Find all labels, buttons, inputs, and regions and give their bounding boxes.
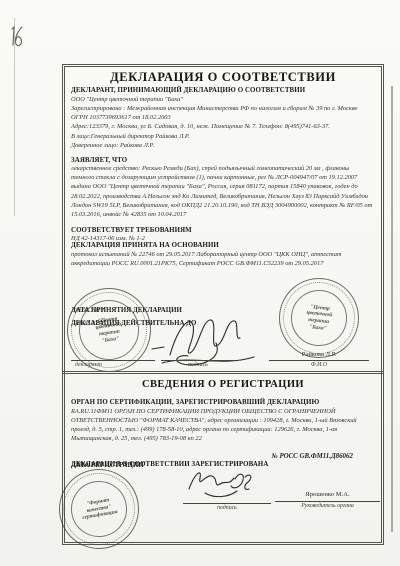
- scanned-declaration-page: { "page": { "corner_mark": "16" }, "doc"…: [0, 0, 400, 566]
- registrar-sign-line: [183, 503, 271, 504]
- registrar-sign-label: подпись: [183, 505, 271, 511]
- document-title: ДЕКЛАРАЦИЯ О СООТВЕТСТВИИ: [65, 70, 381, 85]
- scan-artifact-line: [391, 86, 393, 532]
- handwritten-page-number: [7, 24, 25, 50]
- declarant-address: Адрес:123379, г. Москва, ул Б. Садовая, …: [71, 122, 379, 131]
- registration-number: № РОСС GB.ФМ11.Д86062: [271, 453, 352, 460]
- declarant-sign-label: декларант: [75, 362, 102, 368]
- stamp-text: "Баха": [309, 324, 327, 332]
- authority-head-name: Ярошенко М.А.: [275, 491, 380, 498]
- authority-details: RA.RU.11ФМ11 ОРГАН ПО СЕРТИФИКАЦИИ ПРОДУ…: [71, 407, 367, 443]
- declarant-section-header: ДЕКЛАРАНТ, ПРИНИМАЮЩИЙ ДЕКЛАРАЦИЮ О СООТ…: [71, 87, 305, 94]
- declares-header: ЗАЯВЛЯЕТ, ЧТО: [71, 157, 127, 164]
- registrar-signature: [185, 465, 260, 503]
- declarant-represented-by: В лице:Генеральный директор Райкова Л.Р.: [71, 132, 379, 141]
- authority-head-line: [275, 501, 380, 502]
- declarant-sign-line: [71, 360, 155, 361]
- section-divider: [62, 371, 384, 374]
- document-frame: ДЕКЛАРАЦИЯ О СООТВЕТСТВИИ ДЕКЛАРАНТ, ПРИ…: [62, 64, 384, 545]
- name-line: [269, 360, 369, 361]
- basis-header: ДЕКЛАРАЦИЯ ПРИНЯТА НА ОСНОВАНИИ: [71, 242, 219, 249]
- basis-text: протокол испытаний № 22746 от 29.05.2017…: [71, 250, 369, 268]
- authority-header: ОРГАН ПО СЕРТИФИКАЦИИ, ЗАРЕГИСТРИРОВАВШИ…: [71, 399, 319, 406]
- product-description: лекарственное средство: Рескью Ремеди (Б…: [71, 164, 373, 219]
- name-label: Ф.И.О: [269, 362, 369, 368]
- conforms-header: СООТВЕТСТВУЕТ ТРЕБОВАНИЯМ: [71, 227, 192, 234]
- authority-round-stamp-icon: "Формат качества" сертификации: [53, 463, 146, 556]
- declarant-registration: Зарегистрировано : Межрайонная инспекция…: [71, 104, 379, 113]
- signatory-name: Райкова Л.Р.: [269, 351, 369, 358]
- signature-label: подпись: [161, 362, 235, 368]
- declarant-org-name: ООО "Центр цветочной терапии "Баха": [71, 95, 379, 104]
- conforms-standard: НД 42-14317-06 изм. № 1-2: [71, 235, 145, 242]
- org-round-stamp-icon: "Центр цветочной терапии "Баха": [275, 274, 363, 362]
- declarant-ogrn: ОГРН 1037739693617 от 18.02.2003: [71, 113, 379, 122]
- authority-head-label: Руководитель органа: [275, 503, 380, 509]
- stamp-text: "Баха": [101, 335, 119, 344]
- declarant-details: ООО "Центр цветочной терапии "Баха" Заре…: [71, 95, 379, 151]
- declarant-trustee: Доверенное лицо: Райкова Л.Р.: [71, 141, 379, 150]
- signature-line: [161, 360, 235, 361]
- registration-section-title: СВЕДЕНИЯ О РЕГИСТРАЦИИ: [65, 379, 381, 390]
